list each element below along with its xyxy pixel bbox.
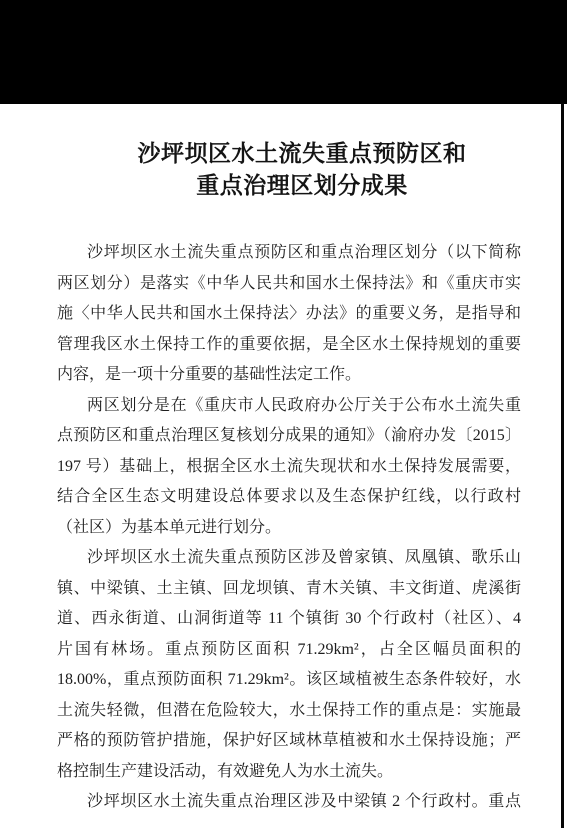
text-line: 管理我区水土保持工作的重要依据，是全区水土保持规划的重要 (57, 330, 521, 361)
text-line: 结合全区生态文明建设总体要求以及生态保护红线，以行政村 (57, 482, 521, 513)
text-line: 沙坪坝区水土流失重点预防区涉及曾家镇、凤凰镇、歌乐山 (57, 543, 521, 574)
text-line: 镇、中梁镇、土主镇、回龙坝镇、青木关镇、丰文街道、虎溪街 (57, 574, 521, 605)
text-line: 沙坪坝区水土流失重点预防区和重点治理区划分（以下简称 (57, 238, 521, 269)
text-line: 格控制生产建设活动，有效避免人为水土流失。 (57, 757, 521, 788)
text-line: 197 号）基础上，根据全区水土流失现状和水土保持发展需要， (57, 452, 521, 483)
text-line: 片国有林场。重点预防区面积 71.29km²，占全区幅员面积的 (57, 635, 521, 666)
text-line: （社区）为基本单元进行划分。 (57, 513, 521, 544)
scanned-document-page: 沙坪坝区水土流失重点预防区和 重点治理区划分成果 沙坪坝区水土流失重点预防区和重… (0, 0, 567, 828)
text-line: 沙坪坝区水土流失重点治理区涉及中梁镇 2 个行政村。重点 (57, 787, 521, 818)
text-line: 施〈中华人民共和国水土保持法〉办法》的重要义务，是指导和 (57, 299, 521, 330)
text-line: 两区划分）是落实《中华人民共和国水土保持法》和《重庆市实 (57, 269, 521, 300)
document-title-line-2: 重点治理区划分成果 (70, 170, 534, 202)
text-line: 18.00%，重点预防面积 71.29km²。该区域植被生态条件较好，水 (57, 665, 521, 696)
document-body: 沙坪坝区水土流失重点预防区和重点治理区划分（以下简称两区划分）是落实《中华人民共… (57, 238, 521, 818)
text-line: 严格的预防管护措施，保护好区域林草植被和水土保持设施；严 (57, 726, 521, 757)
text-line: 土流失轻微，但潜在危险较大，水土保持工作的重点是：实施最 (57, 696, 521, 727)
text-line: 道、西永街道、山洞街道等 11 个镇街 30 个行政村（社区）、4 (57, 604, 521, 635)
scan-artifact-top-bar (0, 0, 567, 104)
text-line: 点预防区和重点治理区复核划分成果的通知》（渝府办发〔2015〕 (57, 421, 521, 452)
document-title: 沙坪坝区水土流失重点预防区和 重点治理区划分成果 (70, 138, 534, 202)
text-line: 两区划分是在《重庆市人民政府办公厅关于公布水土流失重 (57, 391, 521, 422)
text-line: 内容，是一项十分重要的基础性法定工作。 (57, 360, 521, 391)
scan-artifact-right-edge-line (561, 103, 564, 828)
document-title-line-1: 沙坪坝区水土流失重点预防区和 (70, 138, 534, 170)
